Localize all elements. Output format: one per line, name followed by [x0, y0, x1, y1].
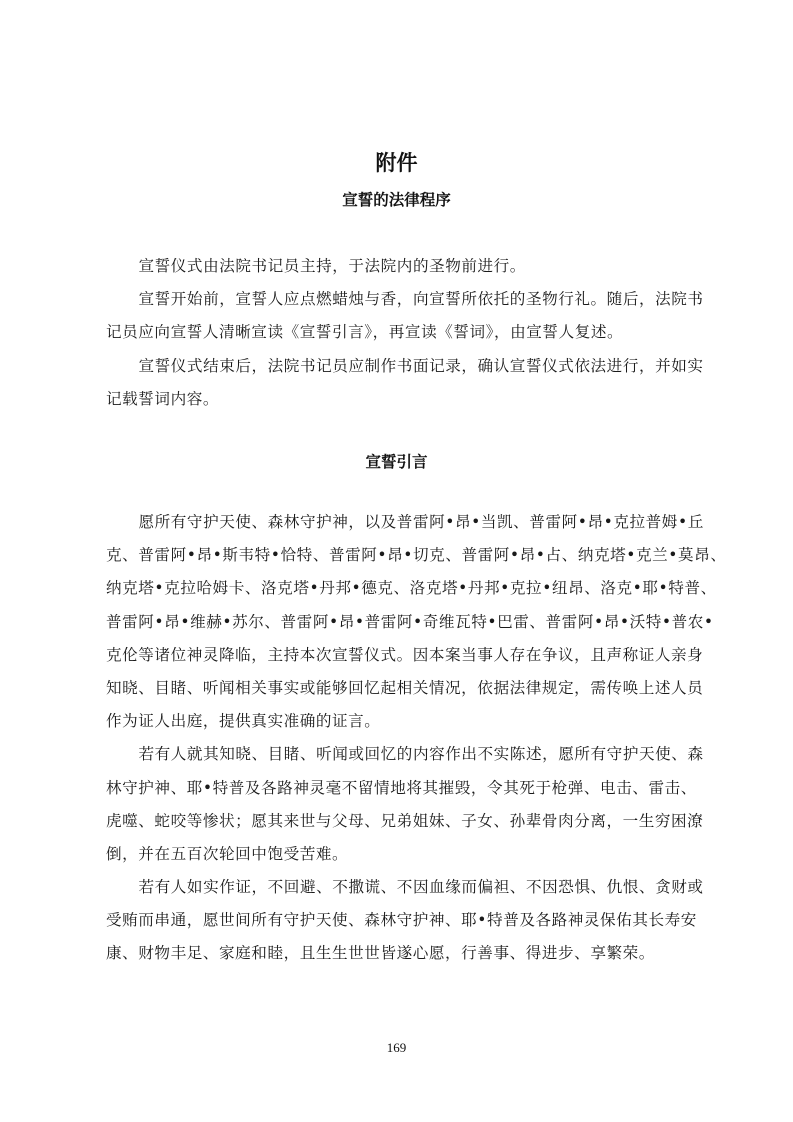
paragraph-line: 普雷阿•昂•维赫•苏尔、普雷阿•昂•普雷阿•奇维瓦特•巴雷、普雷阿•昂•沃特•普…: [106, 606, 696, 639]
page-number: 169: [0, 1040, 793, 1056]
paragraph-line: 宣誓仪式结束后，法院书记员应制作书面记录，确认宣誓仪式依法进行，并如实: [106, 350, 696, 383]
paragraph: 宣誓仪式由法院书记员主持，于法院内的圣物前进行。: [106, 250, 696, 283]
paragraph-line: 纳克塔•克拉哈姆卡、洛克塔•丹邦•德克、洛克塔•丹邦•克拉•纽昂、洛克•耶•特普…: [106, 572, 696, 605]
section-heading-oath-preamble: 宣誓引言: [0, 451, 793, 473]
section-heading-legal-procedure: 宣誓的法律程序: [0, 189, 793, 211]
paragraph-line: 康、财物丰足、家庭和睦，且生生世世皆遂心愿，行善事、得进步、享繁荣。: [106, 937, 696, 970]
paragraph-line: 宣誓仪式由法院书记员主持，于法院内的圣物前进行。: [106, 250, 696, 283]
paragraph-line: 克、普雷阿•昂•斯韦特•恰特、普雷阿•昂•切克、普雷阿•昂•占、纳克塔•克兰•莫…: [106, 539, 696, 572]
document-page: 附件 宣誓的法律程序 宣誓仪式由法院书记员主持，于法院内的圣物前进行。 宣誓开始…: [0, 0, 793, 1122]
paragraph-line: 克伦等诸位神灵降临，主持本次宣誓仪式。因本案当事人存在争议，且声称证人亲身: [106, 639, 696, 672]
paragraph-line: 若有人如实作证，不回避、不撒谎、不因血缘而偏袒、不因恐惧、仇恨、贪财或: [106, 871, 696, 904]
paragraph: 若有人如实作证，不回避、不撒谎、不因血缘而偏袒、不因恐惧、仇恨、贪财或 受贿而串…: [106, 871, 696, 971]
paragraph-line: 作为证人出庭，提供真实准确的证言。: [106, 705, 696, 738]
paragraph: 若有人就其知晓、目睹、听闻或回忆的内容作出不实陈述，愿所有守护天使、森 林守护神…: [106, 738, 696, 871]
paragraph-line: 倒，并在五百次轮回中饱受苦难。: [106, 838, 696, 871]
paragraph-line: 若有人就其知晓、目睹、听闻或回忆的内容作出不实陈述，愿所有守护天使、森: [106, 738, 696, 771]
paragraph-line: 知晓、目睹、听闻相关事实或能够回忆起相关情况，依据法律规定，需传唤上述人员: [106, 672, 696, 705]
paragraph-line: 虎噬、蛇咬等惨状；愿其来世与父母、兄弟姐妹、子女、孙辈骨肉分离，一生穷困潦: [106, 805, 696, 838]
paragraph: 愿所有守护天使、森林守护神，以及普雷阿•昂•当凯、普雷阿•昂•克拉普姆•丘 克、…: [106, 506, 696, 738]
paragraph: 宣誓开始前，宣誓人应点燃蜡烛与香，向宣誓所依托的圣物行礼。随后，法院书 记员应向…: [106, 283, 696, 349]
paragraph: 宣誓仪式结束后，法院书记员应制作书面记录，确认宣誓仪式依法进行，并如实 记载誓词…: [106, 350, 696, 416]
section-legal-procedure-body: 宣誓仪式由法院书记员主持，于法院内的圣物前进行。 宣誓开始前，宣誓人应点燃蜡烛与…: [106, 250, 696, 416]
paragraph-line: 宣誓开始前，宣誓人应点燃蜡烛与香，向宣誓所依托的圣物行礼。随后，法院书: [106, 283, 696, 316]
paragraph-line: 记员应向宣誓人清晰宣读《宣誓引言》，再宣读《誓词》，由宣誓人复述。: [106, 316, 696, 349]
section-oath-preamble-body: 愿所有守护天使、森林守护神，以及普雷阿•昂•当凯、普雷阿•昂•克拉普姆•丘 克、…: [106, 506, 696, 971]
paragraph-line: 林守护神、耶•特普及各路神灵毫不留情地将其摧毁，令其死于枪弹、电击、雷击、: [106, 772, 696, 805]
document-title: 附件: [0, 149, 793, 177]
paragraph-line: 受贿而串通，愿世间所有守护天使、森林守护神、耶•特普及各路神灵保佑其长寿安: [106, 904, 696, 937]
paragraph-line: 记载誓词内容。: [106, 383, 696, 416]
paragraph-line: 愿所有守护天使、森林守护神，以及普雷阿•昂•当凯、普雷阿•昂•克拉普姆•丘: [106, 506, 696, 539]
